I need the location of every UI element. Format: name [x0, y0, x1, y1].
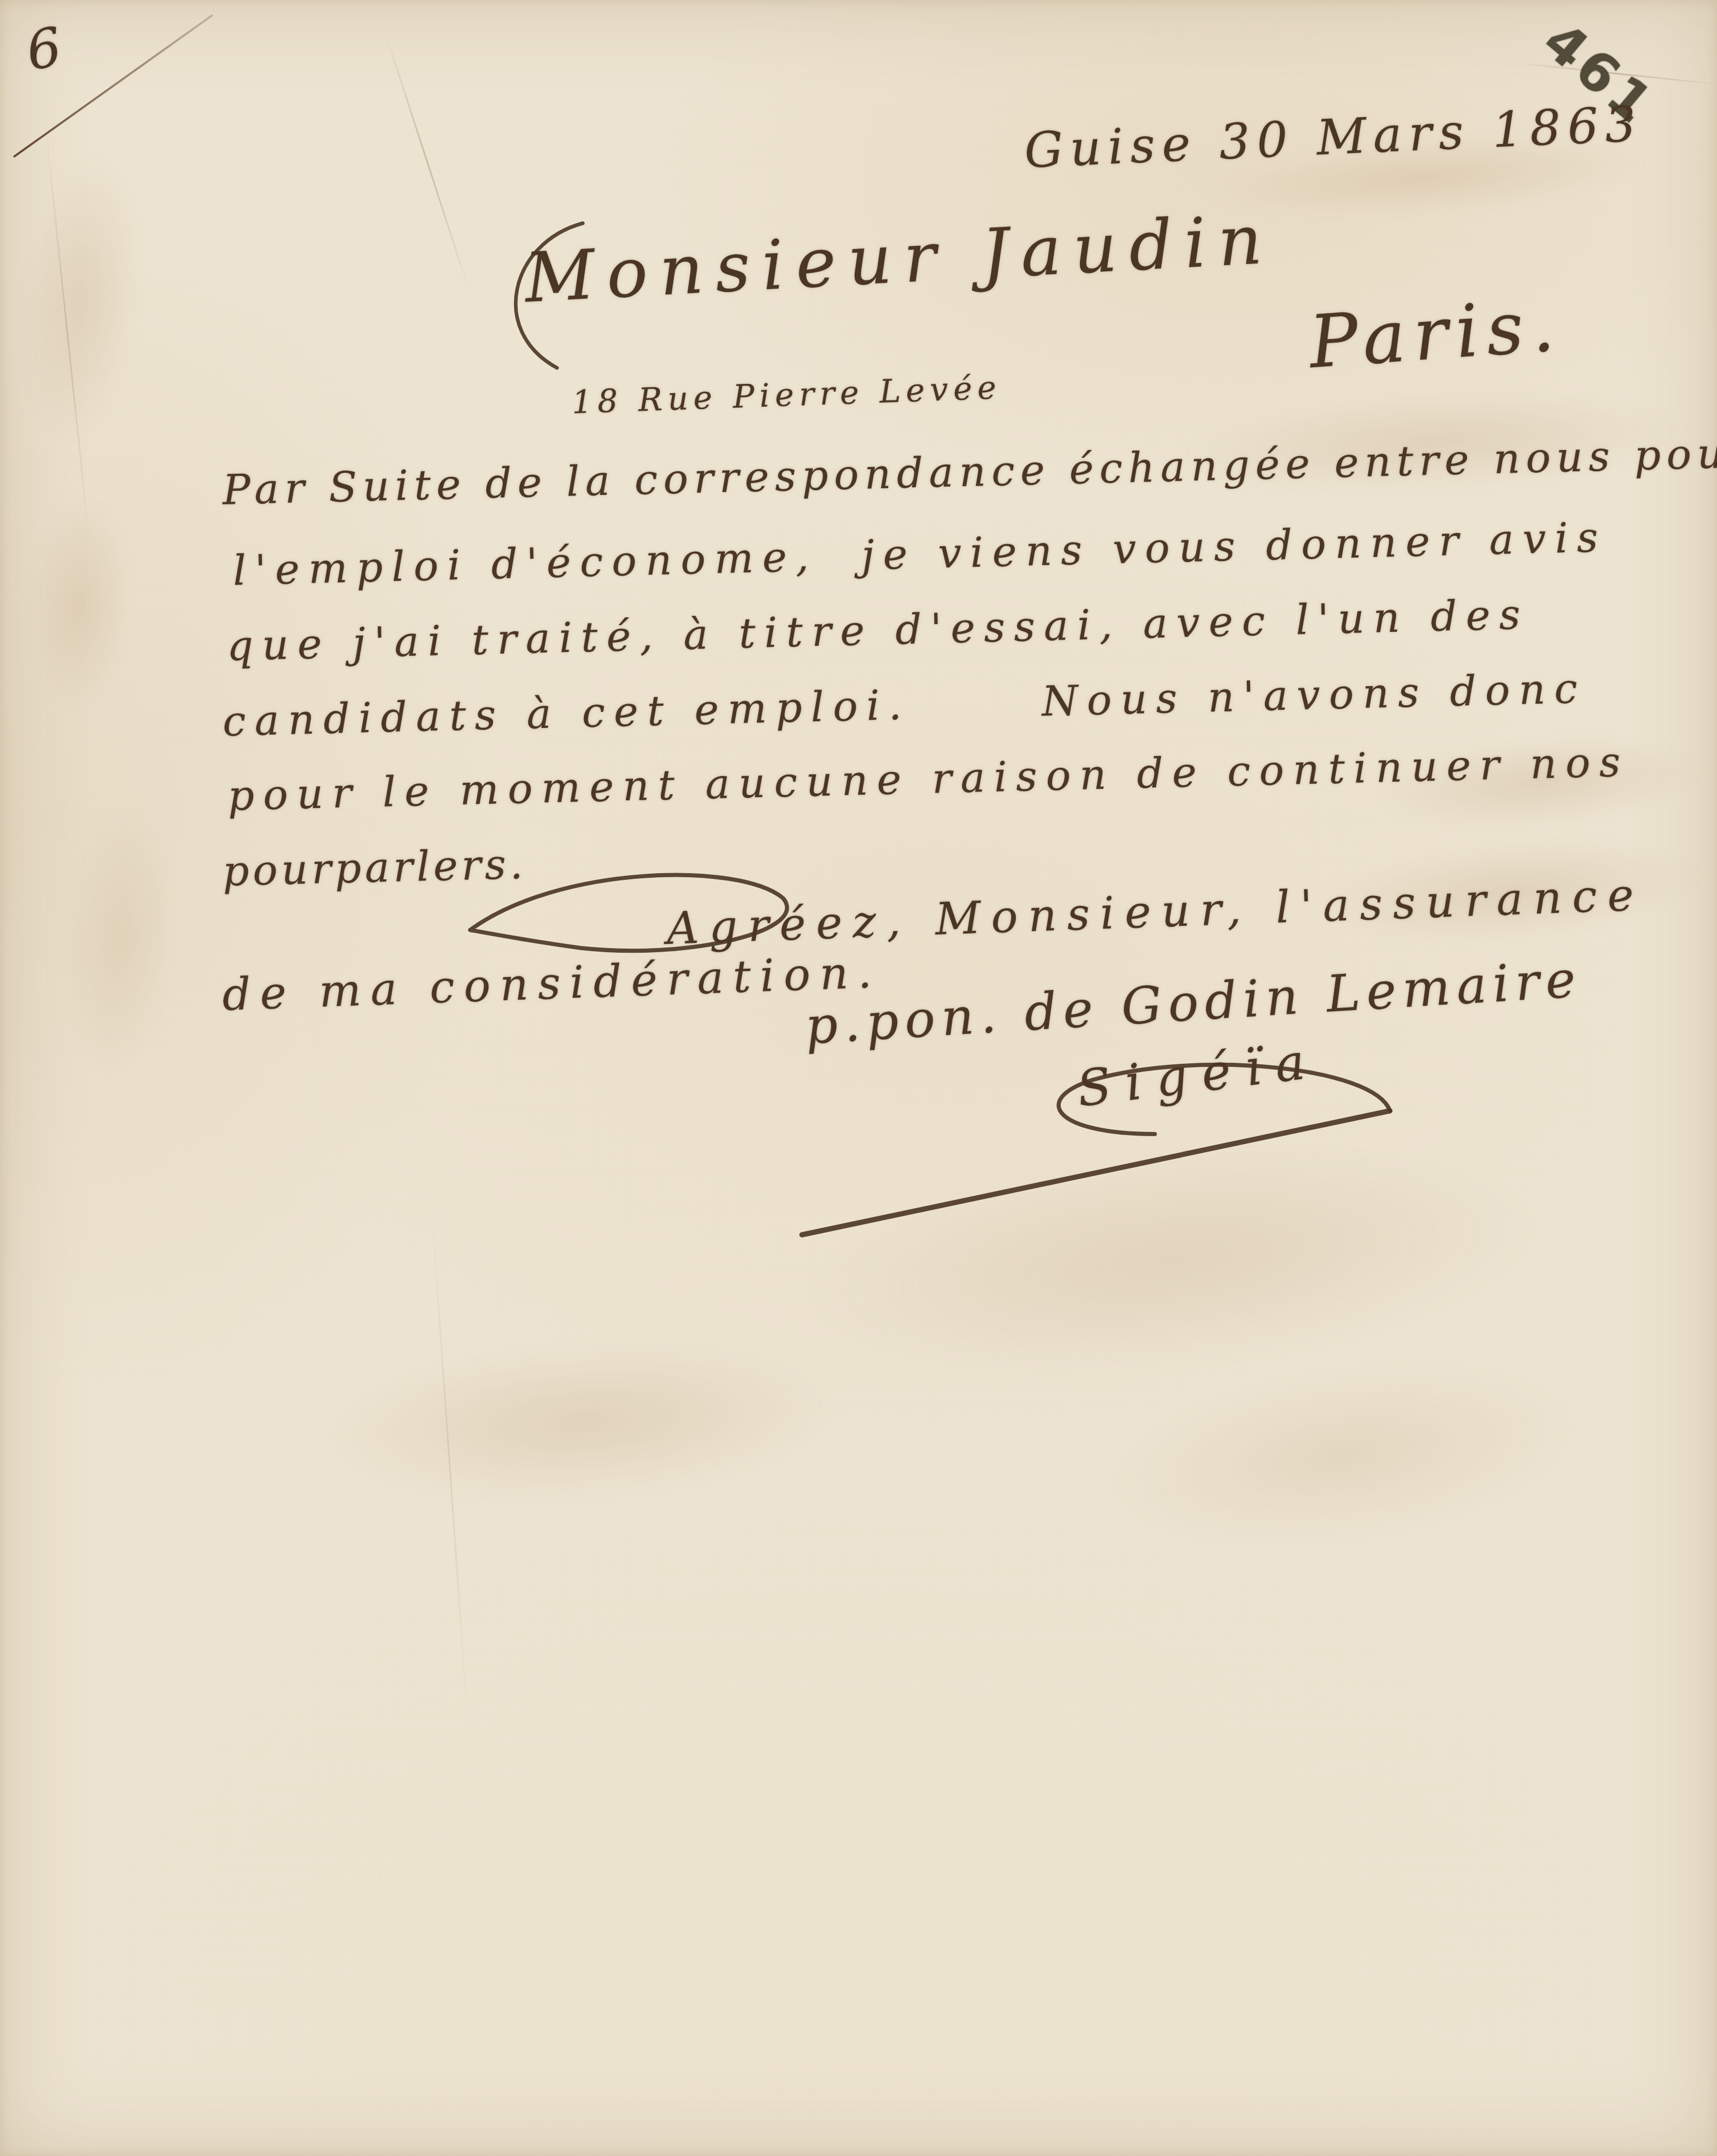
recipient-address: 18 Rue Pierre Levée — [571, 368, 1002, 421]
closing-line: Agréez, Monsieur, l'assurance — [666, 869, 1645, 955]
paper-crease — [384, 32, 469, 287]
show-through-smudge — [6, 150, 154, 450]
closing-line: de ma considération. — [222, 947, 882, 1021]
signature: p.pon. de Godin Lemaire — [803, 950, 1583, 1056]
body-line: candidats à cet emploi. Nous n'avons don… — [222, 664, 1587, 746]
countersignature: Sigéïa — [1074, 1031, 1322, 1118]
recipient-name: Monsieur Jaudin — [523, 199, 1276, 318]
body-line: l'emploi d'économe, je viens vous donner… — [233, 513, 1607, 595]
show-through-smudge — [797, 1114, 1549, 1407]
show-through-smudge — [51, 801, 187, 1079]
show-through-smudge — [21, 493, 140, 717]
letter-page: 6 461 Guise 30 Mars 1863 Monsieur Jaudin… — [0, 0, 1717, 2156]
show-through-smudge — [1101, 1338, 1585, 1571]
body-line: Par Suite de la correspondance échangée … — [222, 429, 1717, 514]
show-through-smudge — [326, 1326, 842, 1516]
corner-number: 6 — [22, 15, 66, 83]
recipient-city: Paris. — [1307, 283, 1565, 385]
body-line: que j'ai traité, à titre d'essai, avec l… — [226, 590, 1530, 670]
body-line: pourparlers. — [222, 840, 527, 895]
